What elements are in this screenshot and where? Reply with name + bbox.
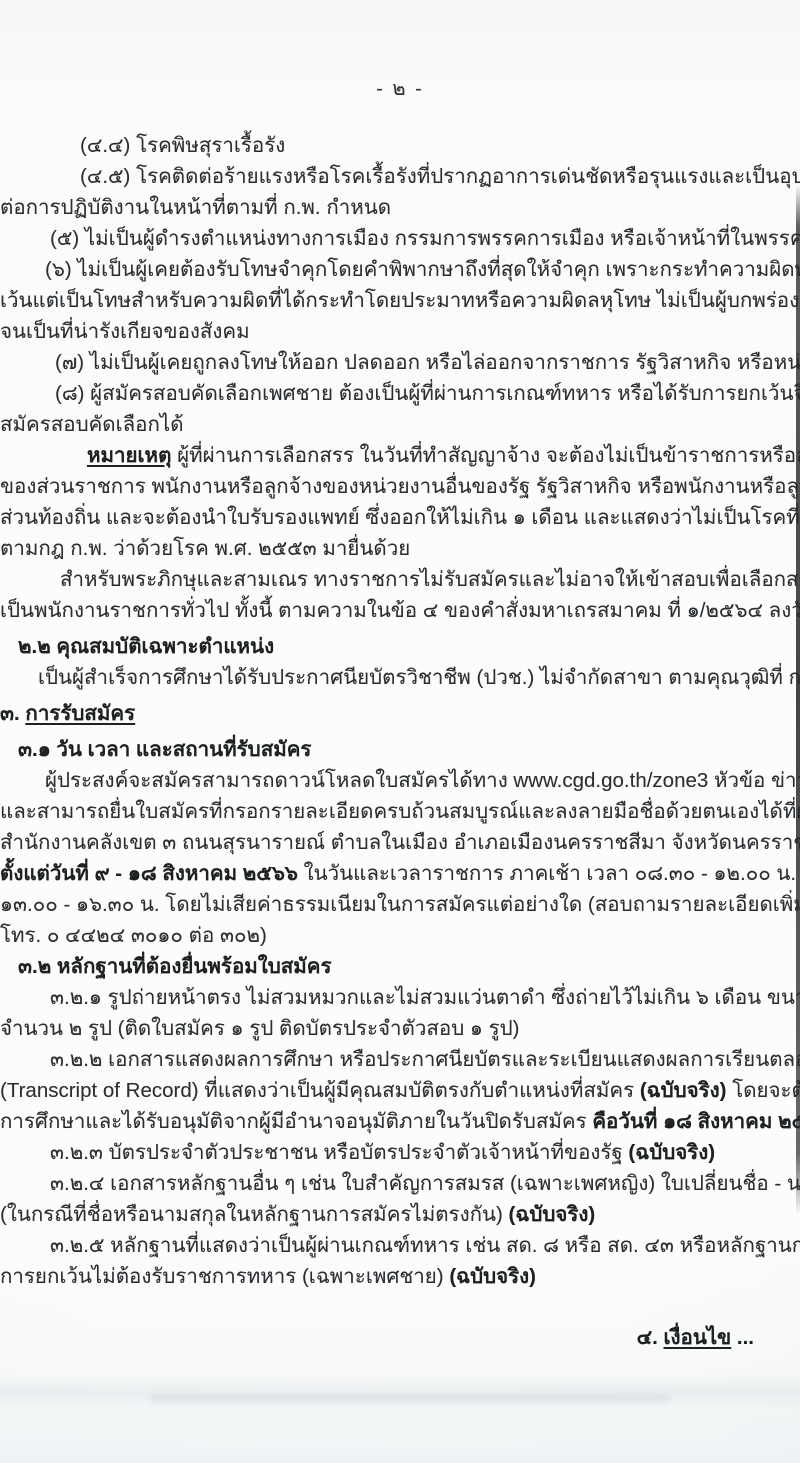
scan-smudge-artifact: [150, 1395, 670, 1401]
text-line: ต่อการปฏิบัติงานในหน้าที่ตามที่ ก.พ. กำห…: [0, 192, 798, 223]
text-line: การศึกษาและได้รับอนุมัติจากผู้มีอำนาจอนุ…: [0, 1106, 798, 1137]
text-line: การยกเว้นไม่ต้องรับราชการทหาร (เฉพาะเพศช…: [0, 1261, 798, 1292]
text-line: สมัครสอบคัดเลือกได้: [0, 409, 798, 440]
text-run: จนเป็นที่น่ารังเกียจของสังคม: [0, 320, 250, 343]
text-run: จำนวน ๒ รูป (ติดใบสมัคร ๑ รูป ติดบัตรประ…: [0, 1017, 519, 1040]
text-line: ๓.๒.๓ บัตรประจำตัวประชาชน หรือบัตรประจำต…: [0, 1137, 798, 1168]
document-page: - ๒ - (๔.๔) โรคพิษสุราเรื้อรัง(๔.๕) โรคต…: [0, 0, 800, 1463]
text-run: ผู้ที่ผ่านการเลือกสรร ในวันที่ทำสัญญาจ้า…: [171, 444, 800, 467]
continuation-note: ๔. เงื่อนไข ...: [0, 1322, 798, 1353]
text-run: และสามารถยื่นใบสมัครที่กรอกรายละเอียดครบ…: [0, 800, 800, 823]
text-run: ตามกฎ ก.พ. ว่าด้วยโรค พ.ศ. ๒๕๕๓ มายื่นด้…: [0, 537, 410, 560]
text-run: ๑๓.๐๐ - ๑๖.๓๐ น. โดยไม่เสียค่าธรรมเนียมใ…: [0, 893, 800, 916]
text-run: ๔.: [637, 1326, 664, 1349]
text-run: ๓.๑ วัน เวลา และสถานที่รับสมัคร: [18, 738, 311, 761]
text-run: (๔.๕) โรคติดต่อร้ายแรงหรือโรคเรื้อรังที่…: [80, 165, 800, 188]
scan-edge-artifact: [796, 185, 800, 1215]
text-run: (๗) ไม่เป็นผู้เคยถูกลงโทษให้ออก ปลดออก ห…: [55, 351, 800, 374]
text-run: โทร. ๐ ๔๔๒๔ ๓๐๑๐ ต่อ ๓๐๒): [0, 924, 267, 947]
text-line: เว้นแต่เป็นโทษสำหรับความผิดที่ได้กระทำโด…: [0, 285, 798, 316]
text-run: ตั้งแต่วันที่ ๙ - ๑๘ สิงหาคม ๒๕๖๖: [0, 862, 298, 885]
text-run: โดยจะต้องสำเร็จ: [727, 1079, 800, 1102]
text-run: (ฉบับจริง): [628, 1141, 715, 1164]
text-line: (๖) ไม่เป็นผู้เคยต้องรับโทษจำคุกโดยคำพิพ…: [0, 254, 798, 285]
text-run: ผู้ประสงค์จะสมัครสามารถดาวน์โหลดใบสมัครไ…: [45, 769, 800, 792]
text-run: ๓.๒.๔ เอกสารหลักฐานอื่น ๆ เช่น ใบสำคัญกา…: [50, 1172, 800, 1195]
text-line: (๔.๔) โรคพิษสุราเรื้อรัง: [0, 130, 798, 161]
text-run: ๓.๒.๑ รูปถ่ายหน้าตรง ไม่สวมหมวกและไม่สวม…: [50, 986, 800, 1009]
text-line: เป็นพนักงานราชการทั่วไป ทั้งนี้ ตามความใ…: [0, 595, 798, 626]
text-run: เงื่อนไข: [664, 1326, 732, 1349]
text-line: ๓.๑ วัน เวลา และสถานที่รับสมัคร: [0, 734, 798, 765]
text-line: สำหรับพระภิกษุและสามเณร ทางราชการไม่รับส…: [0, 564, 798, 595]
text-run: ส่วนท้องถิ่น และจะต้องนำใบรับรองแพทย์ ซึ…: [0, 506, 800, 529]
text-run: ...: [731, 1326, 754, 1349]
text-line: โทร. ๐ ๔๔๒๔ ๓๐๑๐ ต่อ ๓๐๒): [0, 920, 798, 951]
text-line: ของส่วนราชการ พนักงานหรือลูกจ้างของหน่วย…: [0, 471, 798, 502]
text-run: ๓.๒.๒ เอกสารแสดงผลการศึกษา หรือประกาศนีย…: [50, 1048, 800, 1071]
text-line: (ในกรณีที่ชื่อหรือนามสกุลในหลักฐานการสมั…: [0, 1199, 798, 1230]
text-run: ของส่วนราชการ พนักงานหรือลูกจ้างของหน่วย…: [0, 475, 800, 498]
text-line: ๓.๒ หลักฐานที่ต้องยื่นพร้อมใบสมัคร: [0, 951, 798, 982]
text-run: การยกเว้นไม่ต้องรับราชการทหาร (เฉพาะเพศช…: [0, 1265, 449, 1288]
text-run: เป็นผู้สำเร็จการศึกษาได้รับประกาศนียบัตร…: [38, 666, 800, 689]
text-line: จำนวน ๒ รูป (ติดใบสมัคร ๑ รูป ติดบัตรประ…: [0, 1013, 798, 1044]
text-run: สำนักงานคลังเขต ๓ ถนนสุรนารายณ์ ตำบลในเม…: [0, 831, 800, 854]
text-run: (ฉบับจริง): [640, 1079, 727, 1102]
text-run: ๓.๒ หลักฐานที่ต้องยื่นพร้อมใบสมัคร: [18, 955, 332, 978]
text-line: (๗) ไม่เป็นผู้เคยถูกลงโทษให้ออก ปลดออก ห…: [0, 347, 798, 378]
text-run: ๓.: [0, 702, 25, 725]
document-lines: (๔.๔) โรคพิษสุราเรื้อรัง(๔.๕) โรคติดต่อร…: [0, 130, 800, 1353]
text-line: ๓.๒.๒ เอกสารแสดงผลการศึกษา หรือประกาศนีย…: [0, 1044, 798, 1075]
text-line: (๔.๕) โรคติดต่อร้ายแรงหรือโรคเรื้อรังที่…: [0, 161, 798, 192]
text-line: ๓.๒.๔ เอกสารหลักฐานอื่น ๆ เช่น ใบสำคัญกา…: [0, 1168, 798, 1199]
text-line: เป็นผู้สำเร็จการศึกษาได้รับประกาศนียบัตร…: [0, 662, 798, 693]
text-line: ผู้ประสงค์จะสมัครสามารถดาวน์โหลดใบสมัครไ…: [0, 765, 798, 796]
text-line: หมายเหตุ ผู้ที่ผ่านการเลือกสรร ในวันที่ท…: [0, 440, 798, 471]
text-run: เว้นแต่เป็นโทษสำหรับความผิดที่ได้กระทำโด…: [0, 289, 800, 312]
text-run: (ฉบับจริง): [509, 1203, 596, 1226]
text-line: (๘) ผู้สมัครสอบคัดเลือกเพศชาย ต้องเป็นผู…: [0, 378, 798, 409]
text-run: เป็นพนักงานราชการทั่วไป ทั้งนี้ ตามความใ…: [0, 599, 800, 622]
text-run: หมายเหตุ: [87, 444, 171, 467]
text-line: ตามกฎ ก.พ. ว่าด้วยโรค พ.ศ. ๒๕๕๓ มายื่นด้…: [0, 533, 798, 564]
text-line: จนเป็นที่น่ารังเกียจของสังคม: [0, 316, 798, 347]
text-run: (๖) ไม่เป็นผู้เคยต้องรับโทษจำคุกโดยคำพิพ…: [45, 258, 800, 281]
text-line: ส่วนท้องถิ่น และจะต้องนำใบรับรองแพทย์ ซึ…: [0, 502, 798, 533]
text-line: ๓.๒.๕ หลักฐานที่แสดงว่าเป็นผู้ผ่านเกณฑ์ท…: [0, 1230, 798, 1261]
text-run: สมัครสอบคัดเลือกได้: [0, 413, 184, 436]
text-run: (๘) ผู้สมัครสอบคัดเลือกเพศชาย ต้องเป็นผู…: [55, 382, 800, 405]
page-number: - ๒ -: [0, 0, 800, 102]
text-run: (ฉบับจริง): [449, 1265, 536, 1288]
text-line: ๒.๒ คุณสมบัติเฉพาะตำแหน่ง: [0, 631, 798, 662]
text-line: และสามารถยื่นใบสมัครที่กรอกรายละเอียดครบ…: [0, 796, 798, 827]
text-run: ในวันและเวลาราชการ ภาคเช้า เวลา ๐๘.๓๐ - …: [298, 862, 800, 885]
text-line: ตั้งแต่วันที่ ๙ - ๑๘ สิงหาคม ๒๕๖๖ ในวันแ…: [0, 858, 798, 889]
text-line: ๓.๒.๑ รูปถ่ายหน้าตรง ไม่สวมหมวกและไม่สวม…: [0, 982, 798, 1013]
text-run: (Transcript of Record) ที่แสดงว่าเป็นผู้…: [0, 1079, 640, 1102]
text-run: (ในกรณีที่ชื่อหรือนามสกุลในหลักฐานการสมั…: [0, 1203, 509, 1226]
text-run: ๓.๒.๕ หลักฐานที่แสดงว่าเป็นผู้ผ่านเกณฑ์ท…: [50, 1234, 800, 1257]
text-run: สำหรับพระภิกษุและสามเณร ทางราชการไม่รับส…: [60, 568, 800, 591]
text-run: (๔.๔) โรคพิษสุราเรื้อรัง: [80, 134, 285, 157]
scan-bottom-shadow: [0, 1373, 800, 1463]
text-run: ต่อการปฏิบัติงานในหน้าที่ตามที่ ก.พ. กำห…: [0, 196, 391, 219]
text-line: (Transcript of Record) ที่แสดงว่าเป็นผู้…: [0, 1075, 798, 1106]
text-run: (๕) ไม่เป็นผู้ดำรงตำแหน่งทางการเมือง กรร…: [50, 227, 800, 250]
text-run: การรับสมัคร: [25, 702, 135, 725]
text-line: สำนักงานคลังเขต ๓ ถนนสุรนารายณ์ ตำบลในเม…: [0, 827, 798, 858]
text-run: คือวันที่ ๑๘ สิงหาคม ๒๕๖๖: [592, 1110, 800, 1133]
text-line: (๕) ไม่เป็นผู้ดำรงตำแหน่งทางการเมือง กรร…: [0, 223, 798, 254]
text-run: ๓.๒.๓ บัตรประจำตัวประชาชน หรือบัตรประจำต…: [50, 1141, 628, 1164]
text-line: ๓. การรับสมัคร: [0, 698, 798, 729]
text-line: ๑๓.๐๐ - ๑๖.๓๐ น. โดยไม่เสียค่าธรรมเนียมใ…: [0, 889, 798, 920]
text-run: ๒.๒ คุณสมบัติเฉพาะตำแหน่ง: [18, 635, 274, 658]
text-run: การศึกษาและได้รับอนุมัติจากผู้มีอำนาจอนุ…: [0, 1110, 592, 1133]
